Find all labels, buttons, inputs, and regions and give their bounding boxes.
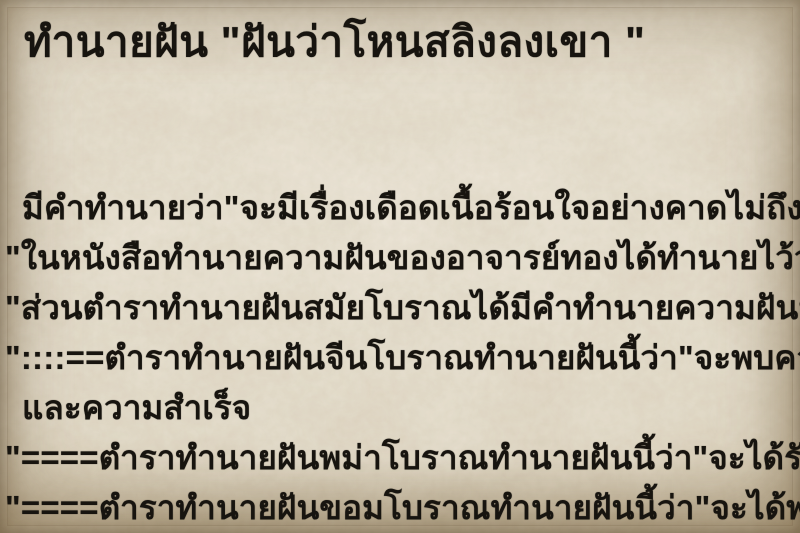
text-line: "ในหนังสือทำนายความฝันของอาจารย์ทองได้ทำ… xyxy=(0,233,800,283)
dream-interpretation-page: ทำนายฝัน "ฝันว่าโหนสลิงลงเขา " มีคำทำนาย… xyxy=(0,0,800,533)
page-title: ทำนายฝัน "ฝันว่าโหนสลิงลงเขา " xyxy=(24,14,800,70)
text-line: "ส่วนตำราทำนายฝันสมัยโบราณได้มีคำทำนายคว… xyxy=(0,283,800,333)
text-line: "====ตำราทำนายฝันขอมโบราณทำนายฝันนี้ว่า"… xyxy=(0,483,800,533)
text-line: "====ตำราทำนายฝันพม่าโบราณทำนายฝันนี้ว่า… xyxy=(0,433,800,483)
text-line: และความสำเร็จ xyxy=(0,383,800,433)
body-text: มีคำทำนายว่า"จะมีเรื่องเดือดเนื้อร้อนใจอ… xyxy=(0,183,800,533)
text-line: "::::==ตำราทำนายฝันจีนโบราณทำนายฝันนี้ว่… xyxy=(0,333,800,383)
text-line: มีคำทำนายว่า"จะมีเรื่องเดือดเนื้อร้อนใจอ… xyxy=(0,183,800,233)
